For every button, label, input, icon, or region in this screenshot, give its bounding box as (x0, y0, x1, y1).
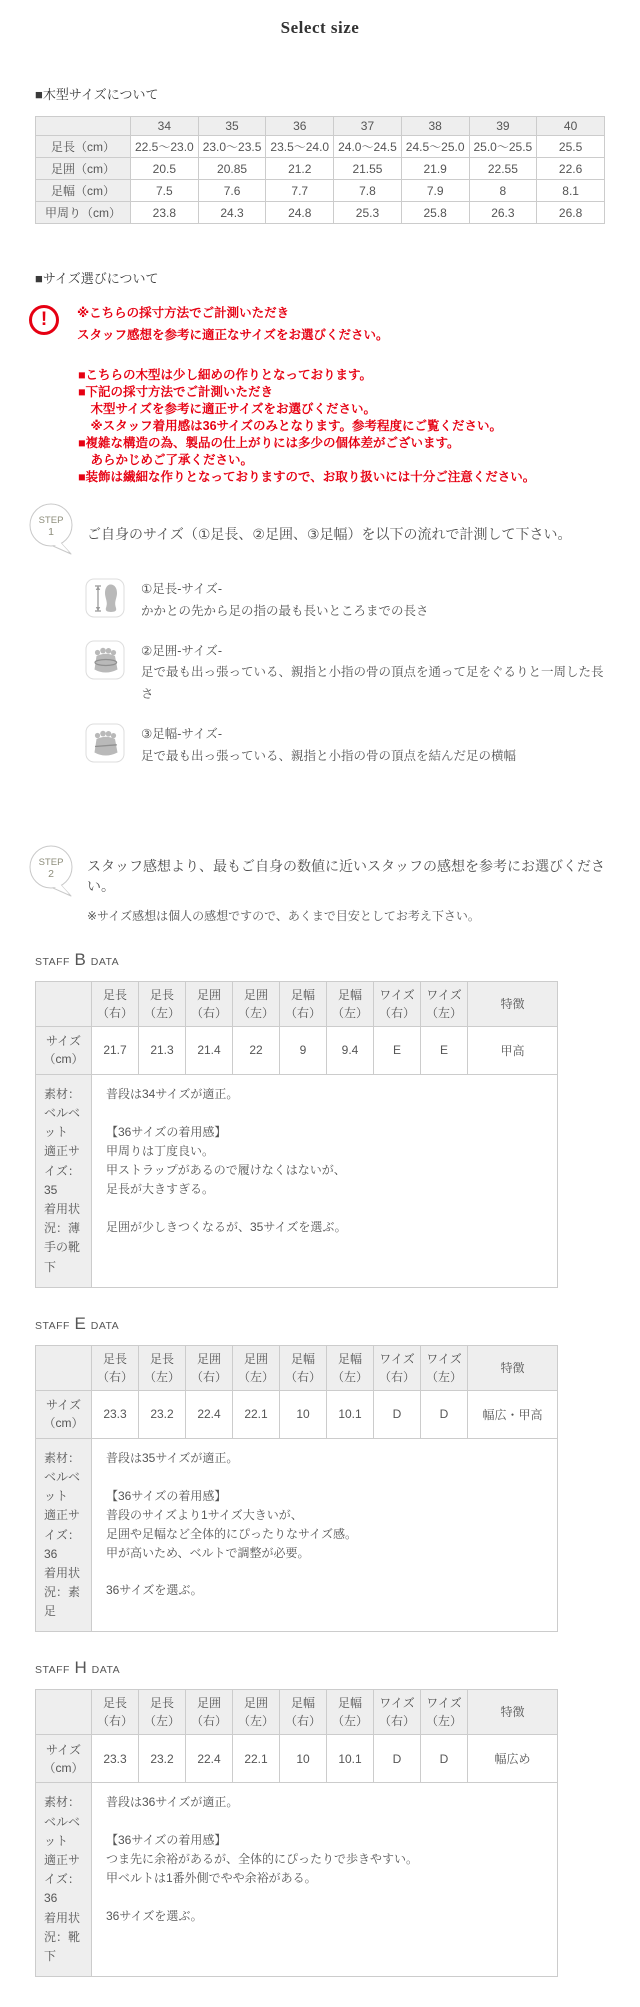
table-cell: 22.1 (233, 1735, 280, 1783)
list-item-foot-length: ①足長-サイズ- かかとの先から足の指の最も長いところまでの長さ (85, 578, 605, 623)
col-header: 足長 （左） (139, 981, 186, 1026)
size-col-header: 38 (401, 117, 469, 136)
exclamation-glyph: ! (41, 310, 47, 329)
col-header: 足囲 （右） (186, 981, 233, 1026)
staff-e-label: STAFF E DATA (35, 1314, 605, 1334)
table-cell: 24.3 (198, 202, 266, 224)
size-col-header: 34 (131, 117, 199, 136)
measure-desc: 足で最も出っ張っている、親指と小指の骨の頂点を通って足をぐるりと一周した長さ (141, 662, 605, 706)
table-cell: E (374, 1026, 421, 1074)
table-cell: 10.1 (327, 1735, 374, 1783)
staff-label-letter: H (74, 1658, 87, 1677)
table-cell: 10 (280, 1735, 327, 1783)
table-cell: E (421, 1026, 468, 1074)
measure-list: ①足長-サイズ- かかとの先から足の指の最も長いところまでの長さ ②足囲-サイズ… (85, 578, 605, 768)
note-line: ■複雑な構造の為、製品の仕上がりには多少の個体差がございます。 (78, 435, 605, 452)
table-cell: 25.5 (537, 136, 605, 158)
step2-badge-icon: STEP 2 (27, 844, 79, 898)
page-title: Select size (35, 18, 605, 38)
table-cell: 25.8 (401, 202, 469, 224)
row-label: 足囲（cm） (36, 158, 131, 180)
table-cell: 21.7 (92, 1026, 139, 1074)
measure-title: ①足長-サイズ- (141, 579, 429, 601)
col-header: 足長 （左） (139, 1690, 186, 1735)
table-cell: 23.3 (92, 1735, 139, 1783)
table-cell: 22 (233, 1026, 280, 1074)
table-cell: 21.2 (266, 158, 334, 180)
table-cell: D (421, 1735, 468, 1783)
list-item-foot-girth: ②足囲-サイズ- 足で最も出っ張っている、親指と小指の骨の頂点を通って足をぐるり… (85, 640, 605, 707)
table-cell: D (374, 1735, 421, 1783)
step1-badge-icon: STEP 1 (27, 502, 79, 556)
table-cell: 22.4 (186, 1390, 233, 1438)
size-pick-heading: ■サイズ選びについて (35, 268, 605, 287)
table-cell: 10.1 (327, 1390, 374, 1438)
staff-e-section: STAFF E DATA 足長 （右） 足長 （左） 足囲 （右） 足囲 （左）… (35, 1314, 605, 1633)
table-cell: 23.5～24.0 (266, 136, 334, 158)
step2-headline-wrap: スタッフ感想より、最もご自身の数値に近いスタッフの感想を参考にお選びください。 … (87, 844, 605, 924)
col-header: ワイズ （左） (421, 1345, 468, 1390)
staff-label-suffix: DATA (91, 956, 119, 968)
col-header: 足長 （右） (92, 981, 139, 1026)
size-value-row: サイズ （cm） 21.7 21.3 21.4 22 9 9.4 E E 甲高 (36, 1026, 558, 1074)
table-cell: 幅広・甲高 (468, 1390, 558, 1438)
list-item-foot-width: ③足幅-サイズ- 足で最も出っ張っている、親指と小指の骨の頂点を結んだ足の横幅 (85, 723, 605, 768)
table-cell: 7.8 (334, 180, 402, 202)
table-cell: 21.55 (334, 158, 402, 180)
table-cell: 幅広め (468, 1735, 558, 1783)
table-cell: 7.7 (266, 180, 334, 202)
table-header-row: 34 35 36 37 38 39 40 (36, 117, 605, 136)
row-label: サイズ （cm） (36, 1390, 92, 1438)
staff-h-table: 足長 （右） 足長 （左） 足囲 （右） 足囲 （左） 足幅 （右） 足幅 （左… (35, 1689, 558, 1977)
table-cell: 23.3 (92, 1390, 139, 1438)
table-header-row: 足長 （右） 足長 （左） 足囲 （右） 足囲 （左） 足幅 （右） 足幅 （左… (36, 1345, 558, 1390)
col-header: 足囲 （左） (233, 981, 280, 1026)
table-row-foot-length: 足長（cm） 22.5～23.0 23.0～23.5 23.5～24.0 24.… (36, 136, 605, 158)
step1-headline: ご自身のサイズ（①足長、②足囲、③足幅）を以下の流れで計測して下さい。 (87, 524, 572, 544)
svg-text:STEP: STEP (39, 857, 64, 868)
step2-headline: スタッフ感想より、最もご自身の数値に近いスタッフの感想を参考にお選びください。 (87, 856, 605, 896)
col-header: 足長 （右） (92, 1345, 139, 1390)
table-cell: 22.5～23.0 (131, 136, 199, 158)
red-notes-list: ■こちらの木型は少し細めの作りとなっております。 ■下記の採寸方法でご計測いただ… (78, 367, 605, 486)
col-header: 足長 （右） (92, 1690, 139, 1735)
size-col-header: 39 (469, 117, 537, 136)
staff-label-prefix: STAFF (35, 1320, 70, 1332)
col-header: 足囲 （左） (233, 1690, 280, 1735)
table-header-row: 足長 （右） 足長 （左） 足囲 （右） 足囲 （左） 足幅 （右） 足幅 （左… (36, 1690, 558, 1735)
size-value-row: サイズ （cm） 23.3 23.2 22.4 22.1 10 10.1 D D… (36, 1390, 558, 1438)
staff-h-section: STAFF H DATA 足長 （右） 足長 （左） 足囲 （右） 足囲 （左）… (35, 1658, 605, 1977)
table-row-foot-girth: 足囲（cm） 20.5 20.85 21.2 21.55 21.9 22.55 … (36, 158, 605, 180)
corner-cell (36, 981, 92, 1026)
comment-row: 素材：ベルベット 適正サイズ：36 着用状況：靴下 普段は36サイズが適正。 【… (36, 1783, 558, 1977)
col-header: 足幅 （左） (327, 981, 374, 1026)
table-cell: 7.6 (198, 180, 266, 202)
col-header: ワイズ （右） (374, 1690, 421, 1735)
size-col-header: 35 (198, 117, 266, 136)
note-line: ■こちらの木型は少し細めの作りとなっております。 (78, 367, 605, 384)
foot-girth-icon (85, 640, 125, 680)
col-header: 足幅 （右） (280, 1345, 327, 1390)
table-cell: D (421, 1390, 468, 1438)
table-cell: 26.8 (537, 202, 605, 224)
note-line: ■下記の採寸方法でご計測いただき (78, 384, 605, 401)
staff-comment: 普段は34サイズが適正。 【36サイズの着用感】 甲周りは丁度良い。 甲ストラッ… (92, 1074, 558, 1287)
note-line: ■装飾は繊細な作りとなっておりますので、お取り扱いには十分ご注意ください。 (78, 469, 605, 486)
table-cell: 甲高 (468, 1026, 558, 1074)
row-label: 足幅（cm） (36, 180, 131, 202)
col-header: 特徴 (468, 1690, 558, 1735)
staff-label-prefix: STAFF (35, 1664, 70, 1676)
table-cell: 8 (469, 180, 537, 202)
table-cell: 21.3 (139, 1026, 186, 1074)
table-cell: 7.5 (131, 180, 199, 202)
table-cell: 24.5～25.0 (401, 136, 469, 158)
measure-text: ①足長-サイズ- かかとの先から足の指の最も長いところまでの長さ (141, 578, 429, 623)
size-col-header: 37 (334, 117, 402, 136)
step2-header: STEP 2 スタッフ感想より、最もご自身の数値に近いスタッフの感想を参考にお選… (35, 844, 605, 924)
size-col-header: 36 (266, 117, 334, 136)
staff-comment: 普段は36サイズが適正。 【36サイズの着用感】 つま先に余裕があるが、全体的に… (92, 1783, 558, 1977)
staff-profile: 素材：ベルベット 適正サイズ：36 着用状況：素足 (36, 1438, 92, 1632)
col-header: ワイズ （右） (374, 981, 421, 1026)
svg-text:2: 2 (48, 868, 54, 880)
step2-note: ※サイズ感想は個人の感想ですので、あくまで目安としてお考え下さい。 (87, 907, 605, 924)
table-header-row: 足長 （右） 足長 （左） 足囲 （右） 足囲 （左） 足幅 （右） 足幅 （左… (36, 981, 558, 1026)
measure-text: ②足囲-サイズ- 足で最も出っ張っている、親指と小指の骨の頂点を通って足をぐるり… (141, 640, 605, 707)
svg-text:1: 1 (48, 526, 54, 538)
size-guide-page: Select size ■木型サイズについて 34 35 36 37 38 39… (0, 0, 640, 2007)
measure-title: ③足幅-サイズ- (141, 724, 516, 746)
table-cell: 22.55 (469, 158, 537, 180)
row-label: サイズ （cm） (36, 1735, 92, 1783)
table-cell: 21.4 (186, 1026, 233, 1074)
table-cell: 22.1 (233, 1390, 280, 1438)
col-header: 足幅 （右） (280, 1690, 327, 1735)
col-header: 足幅 （左） (327, 1345, 374, 1390)
staff-label-suffix: DATA (92, 1664, 120, 1676)
staff-profile: 素材：ベルベット 適正サイズ：36 着用状況：靴下 (36, 1783, 92, 1977)
table-cell: 8.1 (537, 180, 605, 202)
staff-label-suffix: DATA (91, 1320, 119, 1332)
last-size-table: 34 35 36 37 38 39 40 足長（cm） 22.5～23.0 23… (35, 116, 605, 224)
table-cell: 23.8 (131, 202, 199, 224)
staff-profile: 素材：ベルベット 適正サイズ：35 着用状況：薄手の靴下 (36, 1074, 92, 1287)
measure-desc: 足で最も出っ張っている、親指と小指の骨の頂点を結んだ足の横幅 (141, 746, 516, 768)
row-label: 足長（cm） (36, 136, 131, 158)
table-cell: 9.4 (327, 1026, 374, 1074)
table-cell: 7.9 (401, 180, 469, 202)
col-header: ワイズ （左） (421, 1690, 468, 1735)
staff-label-letter: B (74, 950, 86, 969)
note-line: あらかじめご了承ください。 (78, 452, 605, 469)
table-cell: 23.2 (139, 1390, 186, 1438)
table-cell: D (374, 1390, 421, 1438)
alert-block: ! ※こちらの採寸方法でご計測いただき スタッフ感想を参考に適正なサイズをお選び… (35, 303, 605, 347)
staff-label-letter: E (74, 1314, 86, 1333)
comment-row: 素材：ベルベット 適正サイズ：35 着用状況：薄手の靴下 普段は34サイズが適正… (36, 1074, 558, 1287)
col-header: 足幅 （右） (280, 981, 327, 1026)
staff-e-table: 足長 （右） 足長 （左） 足囲 （右） 足囲 （左） 足幅 （右） 足幅 （左… (35, 1345, 558, 1633)
measure-title: ②足囲-サイズ- (141, 641, 605, 663)
table-cell: 21.9 (401, 158, 469, 180)
size-value-row: サイズ （cm） 23.3 23.2 22.4 22.1 10 10.1 D D… (36, 1735, 558, 1783)
note-line: ※スタッフ着用感は36サイズのみとなります。参考程度にご覧ください。 (78, 418, 605, 435)
table-cell: 20.5 (131, 158, 199, 180)
step1-headline-wrap: ご自身のサイズ（①足長、②足囲、③足幅）を以下の流れで計測して下さい。 (87, 502, 572, 544)
row-label: サイズ （cm） (36, 1026, 92, 1074)
foot-width-icon (85, 723, 125, 763)
last-size-heading: ■木型サイズについて (35, 84, 605, 103)
col-header: 足囲 （左） (233, 1345, 280, 1390)
corner-cell (36, 1690, 92, 1735)
staff-label-prefix: STAFF (35, 956, 70, 968)
table-row-instep-girth: 甲周り（cm） 23.8 24.3 24.8 25.3 25.8 26.3 26… (36, 202, 605, 224)
step1-header: STEP 1 ご自身のサイズ（①足長、②足囲、③足幅）を以下の流れで計測して下さ… (35, 502, 605, 556)
svg-text:STEP: STEP (39, 515, 64, 526)
table-cell: 9 (280, 1026, 327, 1074)
table-cell: 10 (280, 1390, 327, 1438)
table-cell: 24.0～24.5 (334, 136, 402, 158)
table-cell: 24.8 (266, 202, 334, 224)
col-header: ワイズ （左） (421, 981, 468, 1026)
table-cell: 26.3 (469, 202, 537, 224)
exclamation-icon: ! (29, 305, 59, 335)
col-header: 足幅 （左） (327, 1690, 374, 1735)
size-col-header: 40 (537, 117, 605, 136)
table-cell: 22.6 (537, 158, 605, 180)
col-header: 足長 （左） (139, 1345, 186, 1390)
table-cell: 23.0～23.5 (198, 136, 266, 158)
table-cell: 25.0～25.5 (469, 136, 537, 158)
staff-h-label: STAFF H DATA (35, 1658, 605, 1678)
col-header: 足囲 （右） (186, 1345, 233, 1390)
col-header: 特徴 (468, 981, 558, 1026)
table-cell: 20.85 (198, 158, 266, 180)
measure-text: ③足幅-サイズ- 足で最も出っ張っている、親指と小指の骨の頂点を結んだ足の横幅 (141, 723, 516, 768)
staff-b-table: 足長 （右） 足長 （左） 足囲 （右） 足囲 （左） 足幅 （右） 足幅 （左… (35, 981, 558, 1288)
table-row-foot-width: 足幅（cm） 7.5 7.6 7.7 7.8 7.9 8 8.1 (36, 180, 605, 202)
measure-desc: かかとの先から足の指の最も長いところまでの長さ (141, 601, 429, 623)
col-header: ワイズ （右） (374, 1345, 421, 1390)
alert-text: ※こちらの採寸方法でご計測いただき スタッフ感想を参考に適正なサイズをお選びくだ… (77, 303, 389, 347)
comment-row: 素材：ベルベット 適正サイズ：36 着用状況：素足 普段は35サイズが適正。 【… (36, 1438, 558, 1632)
corner-cell (36, 1345, 92, 1390)
note-line: 木型サイズを参考に適正サイズをお選びください。 (78, 401, 605, 418)
corner-cell (36, 117, 131, 136)
staff-comment: 普段は35サイズが適正。 【36サイズの着用感】 普段のサイズより1サイズ大きい… (92, 1438, 558, 1632)
table-cell: 23.2 (139, 1735, 186, 1783)
col-header: 特徴 (468, 1345, 558, 1390)
col-header: 足囲 （右） (186, 1690, 233, 1735)
row-label: 甲周り（cm） (36, 202, 131, 224)
staff-b-section: STAFF B DATA 足長 （右） 足長 （左） 足囲 （右） 足囲 （左）… (35, 950, 605, 1288)
table-cell: 22.4 (186, 1735, 233, 1783)
table-cell: 25.3 (334, 202, 402, 224)
foot-length-icon (85, 578, 125, 618)
staff-b-label: STAFF B DATA (35, 950, 605, 970)
